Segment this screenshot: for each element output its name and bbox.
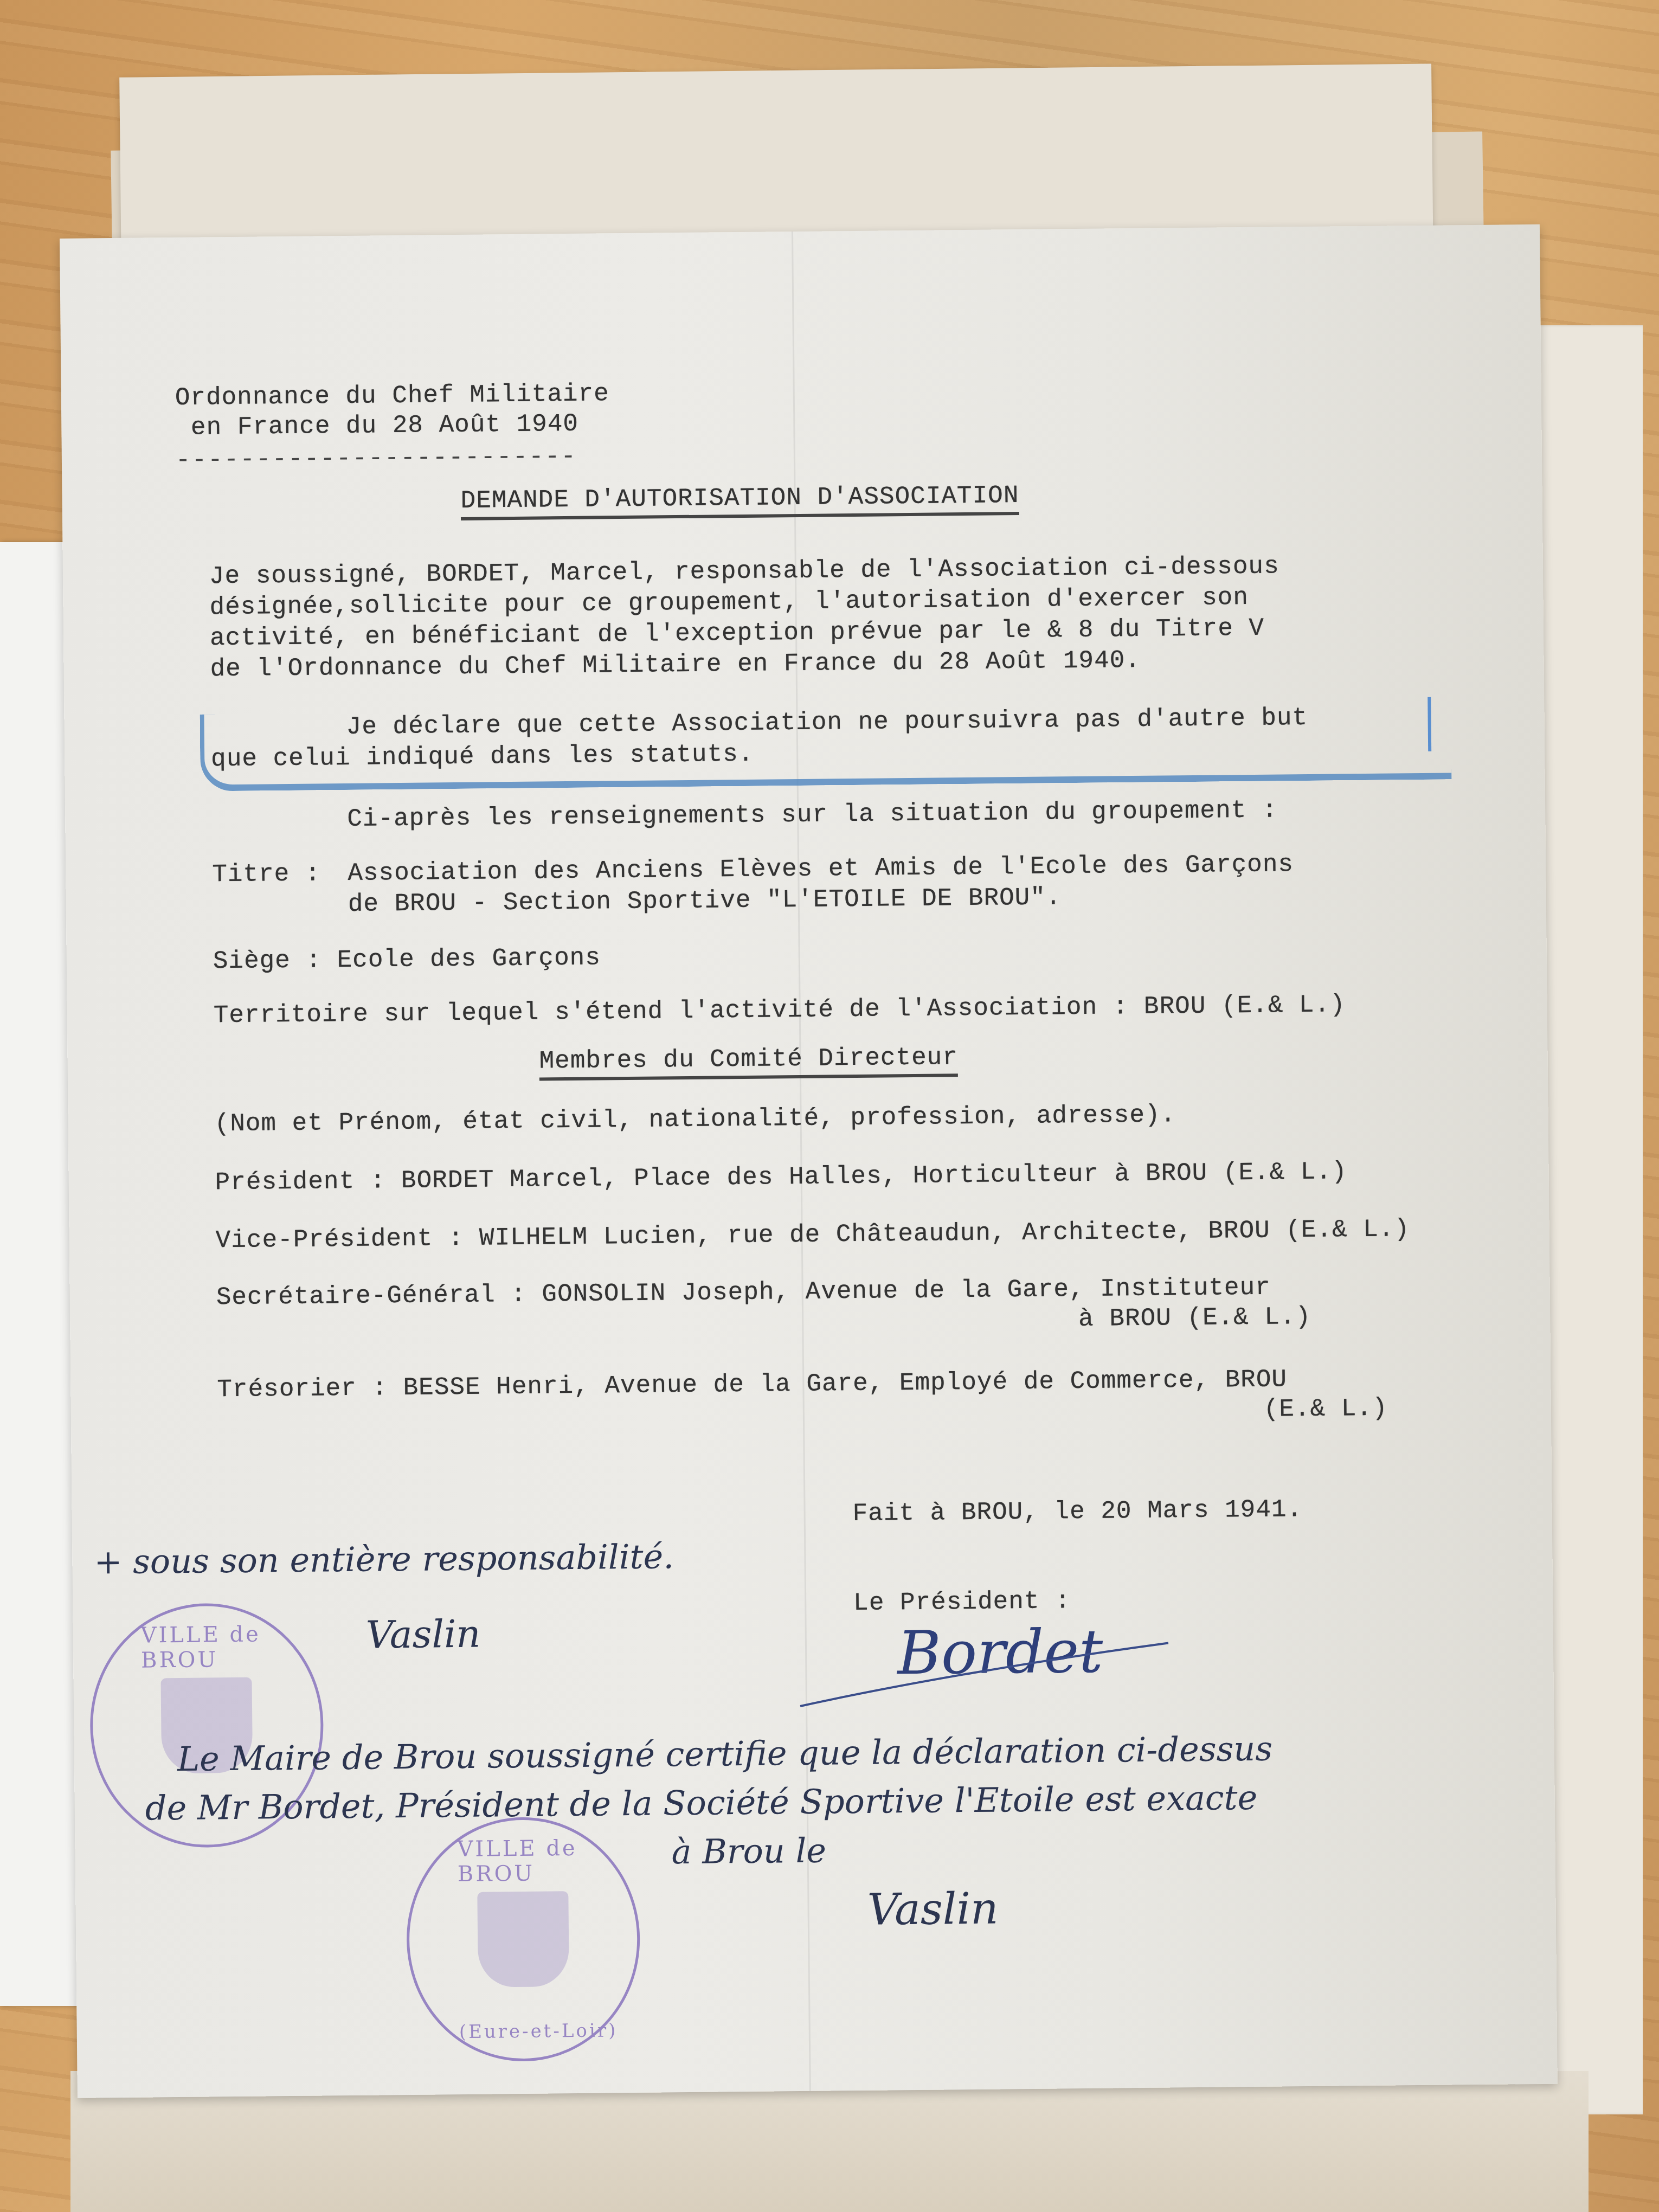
member-treasurer: Trésorier : BESSE Henri, Avenue de la Ga… [217,1365,1287,1404]
mayor-initial-signature: Vaslin [365,1612,480,1657]
certification-line-1: Le Maire de Brou soussigné certifie que … [177,1729,1273,1779]
stamp-text: VILLE de BROU [141,1622,320,1673]
stamp-subtext: (Eure-et-Loir) [459,2020,618,2043]
mayor-signature: Vaslin [867,1883,999,1935]
member-treasurer-line-2: (E.& L.) [1264,1394,1388,1424]
titre-label: Titre : [212,859,321,889]
committee-heading: Membres du Comité Directeur [539,1043,958,1081]
intro-line-4: de l'Ordonnance du Chef Militaire en Fra… [210,646,1141,683]
document-title: DEMANDE D'AUTORISATION D'ASSOCIATION [460,481,1019,520]
handwritten-responsibility-note: + sous son entière responsabilité. [94,1536,674,1581]
siege-field: Siège : Ecole des Garçons [213,943,601,975]
committee-subheading: (Nom et Prénom, état civil, nationalité,… [214,1101,1176,1138]
place-and-date: Fait à BROU, le 20 Mars 1941. [852,1495,1302,1528]
ordinance-line-2: en France du 28 Août 1940 [175,410,578,442]
member-president: Président : BORDET Marcel, Place des Hal… [215,1158,1347,1197]
stamp-text: VILLE de BROU [457,1835,636,1887]
header-dash-rule: ------------------------- [176,442,577,474]
titre-value-line-1: Association des Anciens Elèves et Amis d… [348,850,1294,888]
certification-line-2: de Mr Bordet, Président de la Société Sp… [145,1778,1257,1828]
signature-flourish-icon [794,1637,1174,1717]
blue-pencil-tick-mark [1427,697,1431,751]
association-request-document: Ordonnance du Chef Militaire en France d… [60,224,1558,2098]
member-secretary-general-line-2: à BROU (E.& L.) [1078,1303,1311,1333]
info-intro: Ci-après les renseignements sur la situa… [347,796,1278,833]
town-stamp-ville-de-brou-eure-et-loir: VILLE de BROU (Eure-et-Loir) [406,1816,641,2062]
signatory-label: Le Président : [853,1587,1071,1617]
member-vice-president: Vice-Président : WILHELM Lucien, rue de … [216,1215,1410,1255]
territoire-field: Territoire sur lequel s'étend l'activité… [214,991,1346,1030]
certification-line-3: à Brou le [671,1831,826,1872]
titre-value-line-2: de BROU - Section Sportive "L'ETOILE DE … [348,883,1062,918]
blue-pencil-underline-mark [200,702,1451,791]
coat-of-arms-icon [477,1891,569,1988]
ordinance-line-1: Ordonnance du Chef Militaire [175,380,609,412]
